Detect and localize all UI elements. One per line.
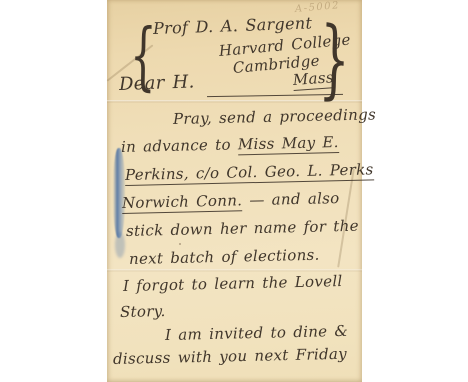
- paper-speck: [179, 243, 181, 245]
- header-author-name: Prof D. A. Sargent: [153, 13, 313, 38]
- underlined-address: Norwich Conn.: [122, 191, 243, 214]
- body-line: Pray, send a proceedings: [173, 105, 376, 128]
- body-text: — and also: [242, 189, 340, 209]
- letter-photograph: A-5002 { } Prof D. A. Sargent Harvard Co…: [0, 0, 468, 382]
- salutation: Dear H.: [119, 71, 195, 95]
- body-text: Pray, send a proceedings: [173, 105, 376, 128]
- body-line: Perkins, c/o Col. Geo. L. Perks: [125, 160, 374, 184]
- body-text: stick down her name for the: [126, 217, 359, 240]
- body-line: next batch of elections.: [129, 246, 320, 268]
- body-line: discuss with you next Friday: [113, 345, 347, 368]
- right-brace-glyph: }: [318, 8, 351, 111]
- body-line: in advance to Miss May E.: [121, 133, 339, 156]
- body-line: stick down her name for the: [126, 217, 359, 240]
- body-text: I am invited to dine &: [165, 322, 348, 344]
- body-text: I forgot to learn the Lovell: [123, 272, 343, 295]
- header-state: Mass: [292, 68, 334, 91]
- body-text: next batch of elections.: [129, 246, 320, 268]
- body-line: I forgot to learn the Lovell: [123, 272, 343, 295]
- body-text: Story.: [120, 302, 166, 321]
- body-line: Story.: [120, 302, 166, 321]
- blue-pencil-margin-mark-tail: [115, 232, 125, 258]
- body-line: Norwich Conn. — and also: [122, 189, 340, 212]
- body-text: in advance to: [121, 135, 238, 156]
- underlined-name: Miss May E.: [238, 133, 339, 155]
- body-line: I am invited to dine &: [165, 322, 348, 344]
- body-text: discuss with you next Friday: [113, 345, 347, 368]
- underlined-address: Perkins, c/o Col. Geo. L. Perks: [125, 160, 374, 186]
- letter-paper: A-5002 { } Prof D. A. Sargent Harvard Co…: [107, 0, 362, 382]
